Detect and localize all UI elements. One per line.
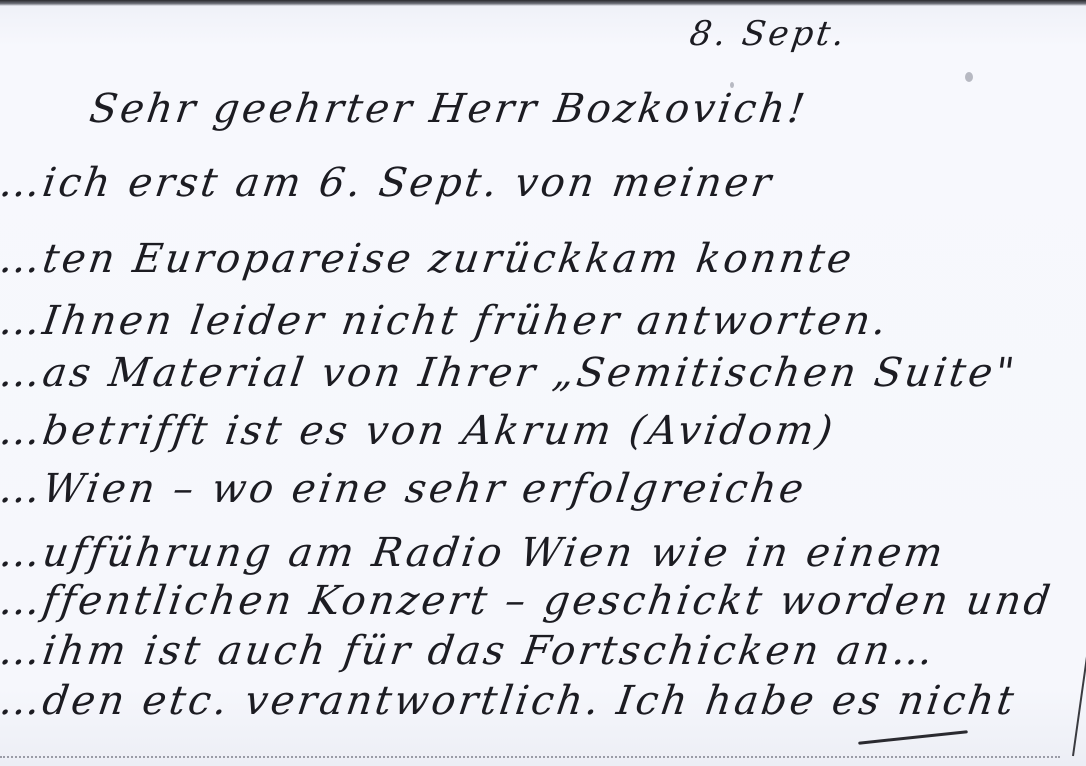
body-line: …ffentlichen Konzert – geschickt worden …: [0, 578, 1056, 624]
body-line: …betrifft ist es von Akrum (Avidom): [0, 408, 838, 454]
body-line: …Ihnen leider nicht früher antworten.: [0, 298, 892, 344]
page-fold-edge: [1072, 637, 1086, 756]
body-line: …ihm ist auch für das Fortschicken an…: [0, 628, 939, 674]
body-line: …Wien – wo eine sehr erfolgreiche: [0, 466, 809, 512]
scan-top-edge: [0, 0, 1086, 6]
body-line: …ufführung am Radio Wien wie in einem: [0, 530, 949, 576]
letter-date: 8. Sept.: [687, 14, 850, 54]
body-line: …ten Europareise zurückkam konnte: [0, 236, 857, 282]
scan-bottom-edge: [0, 754, 1060, 758]
salutation-line: Sehr geehrter Herr Bozkovich!: [87, 86, 811, 132]
body-line: …as Material von Ihrer „Semitischen Suit…: [0, 350, 1020, 396]
paper-speck: [965, 72, 973, 82]
body-line: …ich erst am 6. Sept. von meiner: [0, 160, 777, 206]
ink-underline-stroke: [858, 730, 968, 744]
body-line: …den etc. verantwortlich. Ich habe es ni…: [0, 678, 1019, 724]
letter-page: 8. Sept. Sehr geehrter Herr Bozkovich! ……: [0, 0, 1086, 766]
